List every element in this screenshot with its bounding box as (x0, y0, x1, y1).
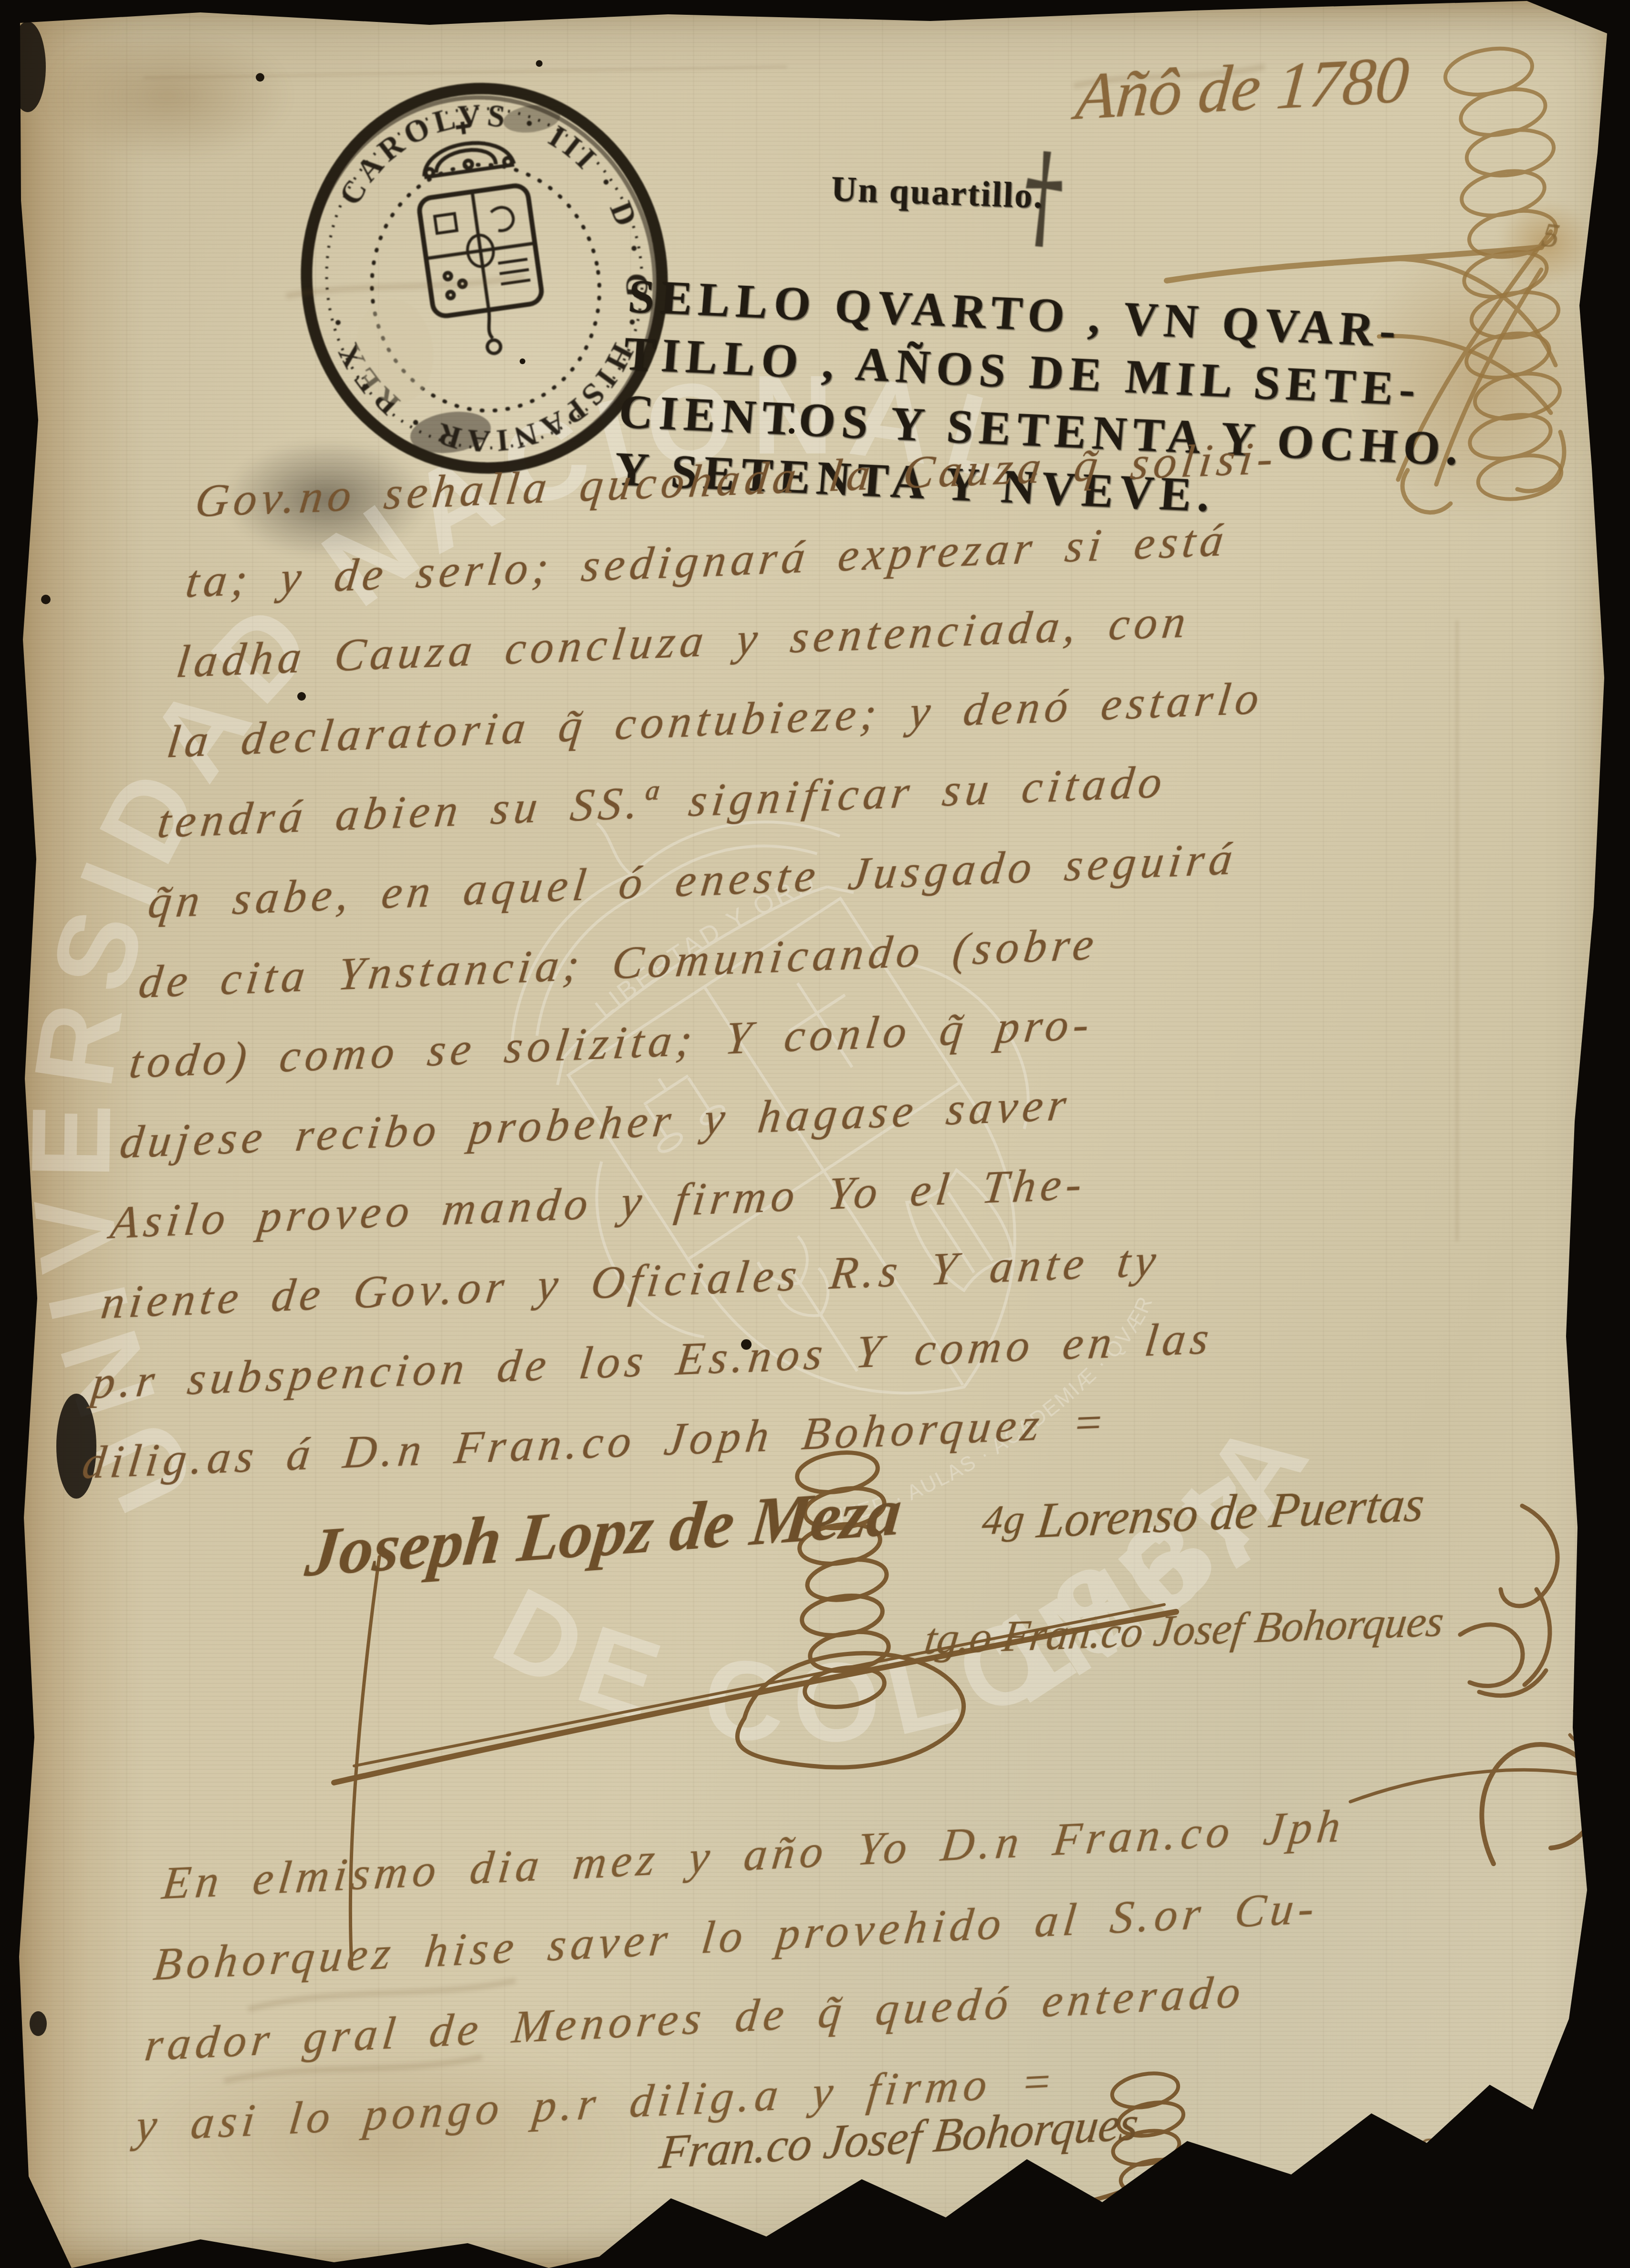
manuscript-second-text: En elmismo dia mez y año Yo D.n Fran.co … (132, 1785, 1349, 2166)
paraph-mark: 4g (980, 1495, 1028, 1543)
manuscript-main-text: Gov.no sehalla qucohada la Cauza q̃ soli… (78, 416, 1322, 1503)
quartillo-label: Un quartillo. (831, 169, 1045, 217)
manuscript-page: UNIVERSIDAD NACIONAL DE COLOMBIA 1867 (0, 0, 1630, 2268)
archival-photograph: UNIVERSIDAD NACIONAL DE COLOMBIA 1867 (0, 0, 1630, 2268)
second-block-d-flourish (1350, 1703, 1615, 1864)
witness-signature-flourish (1460, 1506, 1557, 1696)
bottom-right-abbreviation: Des = (1364, 2115, 1479, 2176)
edge-damage-spots (10, 21, 96, 2036)
stain-bottom-right-edge (1222, 2167, 1603, 2268)
